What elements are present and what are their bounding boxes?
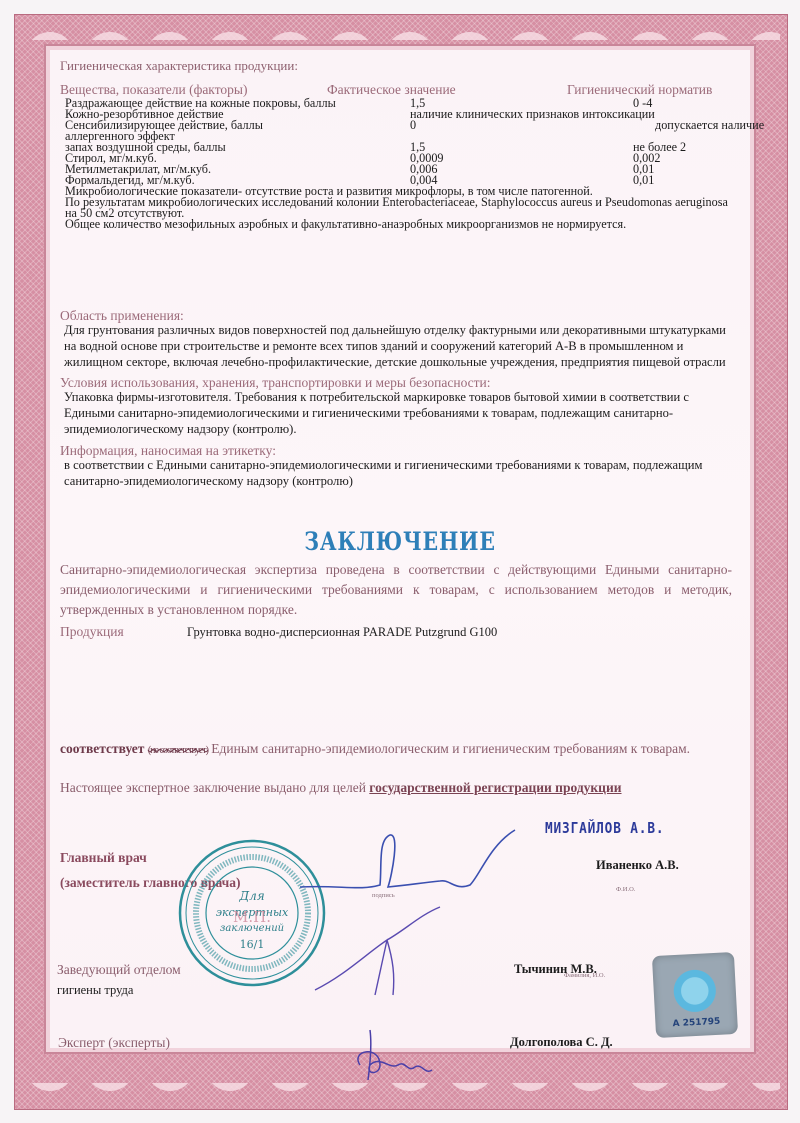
- conclusion-title: ЗАКЛЮЧЕНИЕ: [72, 527, 728, 556]
- product-line: Продукция Грунтовка водно-дисперсионная …: [60, 624, 124, 640]
- conditions-text: Упаковка фирмы-изготовителя. Требования …: [60, 389, 740, 437]
- hygiene-title: Гигиеническая характеристика продукции:: [60, 58, 298, 74]
- name-stamp: МИЗГАЙЛОВ А.В.: [545, 819, 664, 837]
- fio-caption: Ф.И.О.: [616, 886, 635, 893]
- microbiology-results-note: По результатам микробиологических исслед…: [65, 197, 741, 219]
- chief-signature-icon: [300, 825, 530, 915]
- not-complies-struck: (не соответствует): [148, 745, 208, 756]
- label-info-section: Информация, наносимая на этикетку: в соо…: [60, 444, 740, 489]
- conclusion-text: Санитарно-эпидемиологическая экспертиза …: [60, 560, 732, 620]
- head-role-line2: гигиены труда: [57, 983, 133, 998]
- hygiene-table: Раздражающее действие на кожные покровы,…: [65, 98, 745, 230]
- head-role-line1: Заведующий отделом: [57, 962, 181, 978]
- chief-role-line1: Главный врач: [60, 850, 147, 866]
- purpose-value: государственной регистрации продукции: [369, 780, 621, 795]
- complies-rest: Единым санитарно-эпидемиологическим и ги…: [211, 741, 690, 756]
- conditions-section: Условия использования, хранения, транспо…: [60, 376, 740, 437]
- compliance-statement: соответствует (не соответствует) Единым …: [60, 738, 732, 761]
- expert-name: Долгополова С. Д.: [510, 1035, 613, 1050]
- border-guilloche-bottom: [20, 1083, 780, 1097]
- border-guilloche-top: [20, 26, 780, 40]
- scope-title: Область применения:: [60, 309, 740, 322]
- product-label: Продукция: [60, 624, 124, 639]
- purpose-line: Настоящее экспертное заключение выдано д…: [60, 780, 622, 796]
- label-info-text: в соответствии с Едиными санитарно-эпиде…: [60, 457, 740, 489]
- svg-text:М.П.: М.П.: [233, 908, 271, 926]
- conditions-title: Условия использования, хранения, транспо…: [60, 376, 740, 389]
- expert-signature-icon: [350, 1025, 440, 1085]
- column-header-actual: Фактическое значение: [327, 82, 456, 98]
- hologram-number: А 251795: [655, 1016, 737, 1030]
- svg-text:16/1: 16/1: [240, 938, 265, 951]
- table-row: Формальдегид, мг/м.куб.0,0040,01: [65, 175, 745, 186]
- scope-section: Область применения: Для грунтования разл…: [60, 309, 740, 370]
- complies-bold: соответствует: [60, 741, 144, 756]
- fio-full-caption: Фамилия, И.О.: [564, 972, 605, 979]
- mesophilic-note: Общее количество мезофильных аэробных и …: [65, 219, 741, 230]
- head-signature-icon: [305, 905, 445, 1005]
- product-value: Грунтовка водно-дисперсионная PARADE Put…: [187, 625, 497, 640]
- svg-text:Для: Для: [238, 889, 264, 903]
- label-info-title: Информация, наносимая на этикетку:: [60, 444, 740, 457]
- scope-text: Для грунтования различных видов поверхно…: [60, 322, 740, 370]
- chief-name: Иваненко А.В.: [596, 858, 679, 873]
- expert-role: Эксперт (эксперты): [58, 1035, 170, 1051]
- purpose-prefix: Настоящее экспертное заключение выдано д…: [60, 780, 366, 795]
- hologram-sticker: А 251795: [652, 952, 738, 1038]
